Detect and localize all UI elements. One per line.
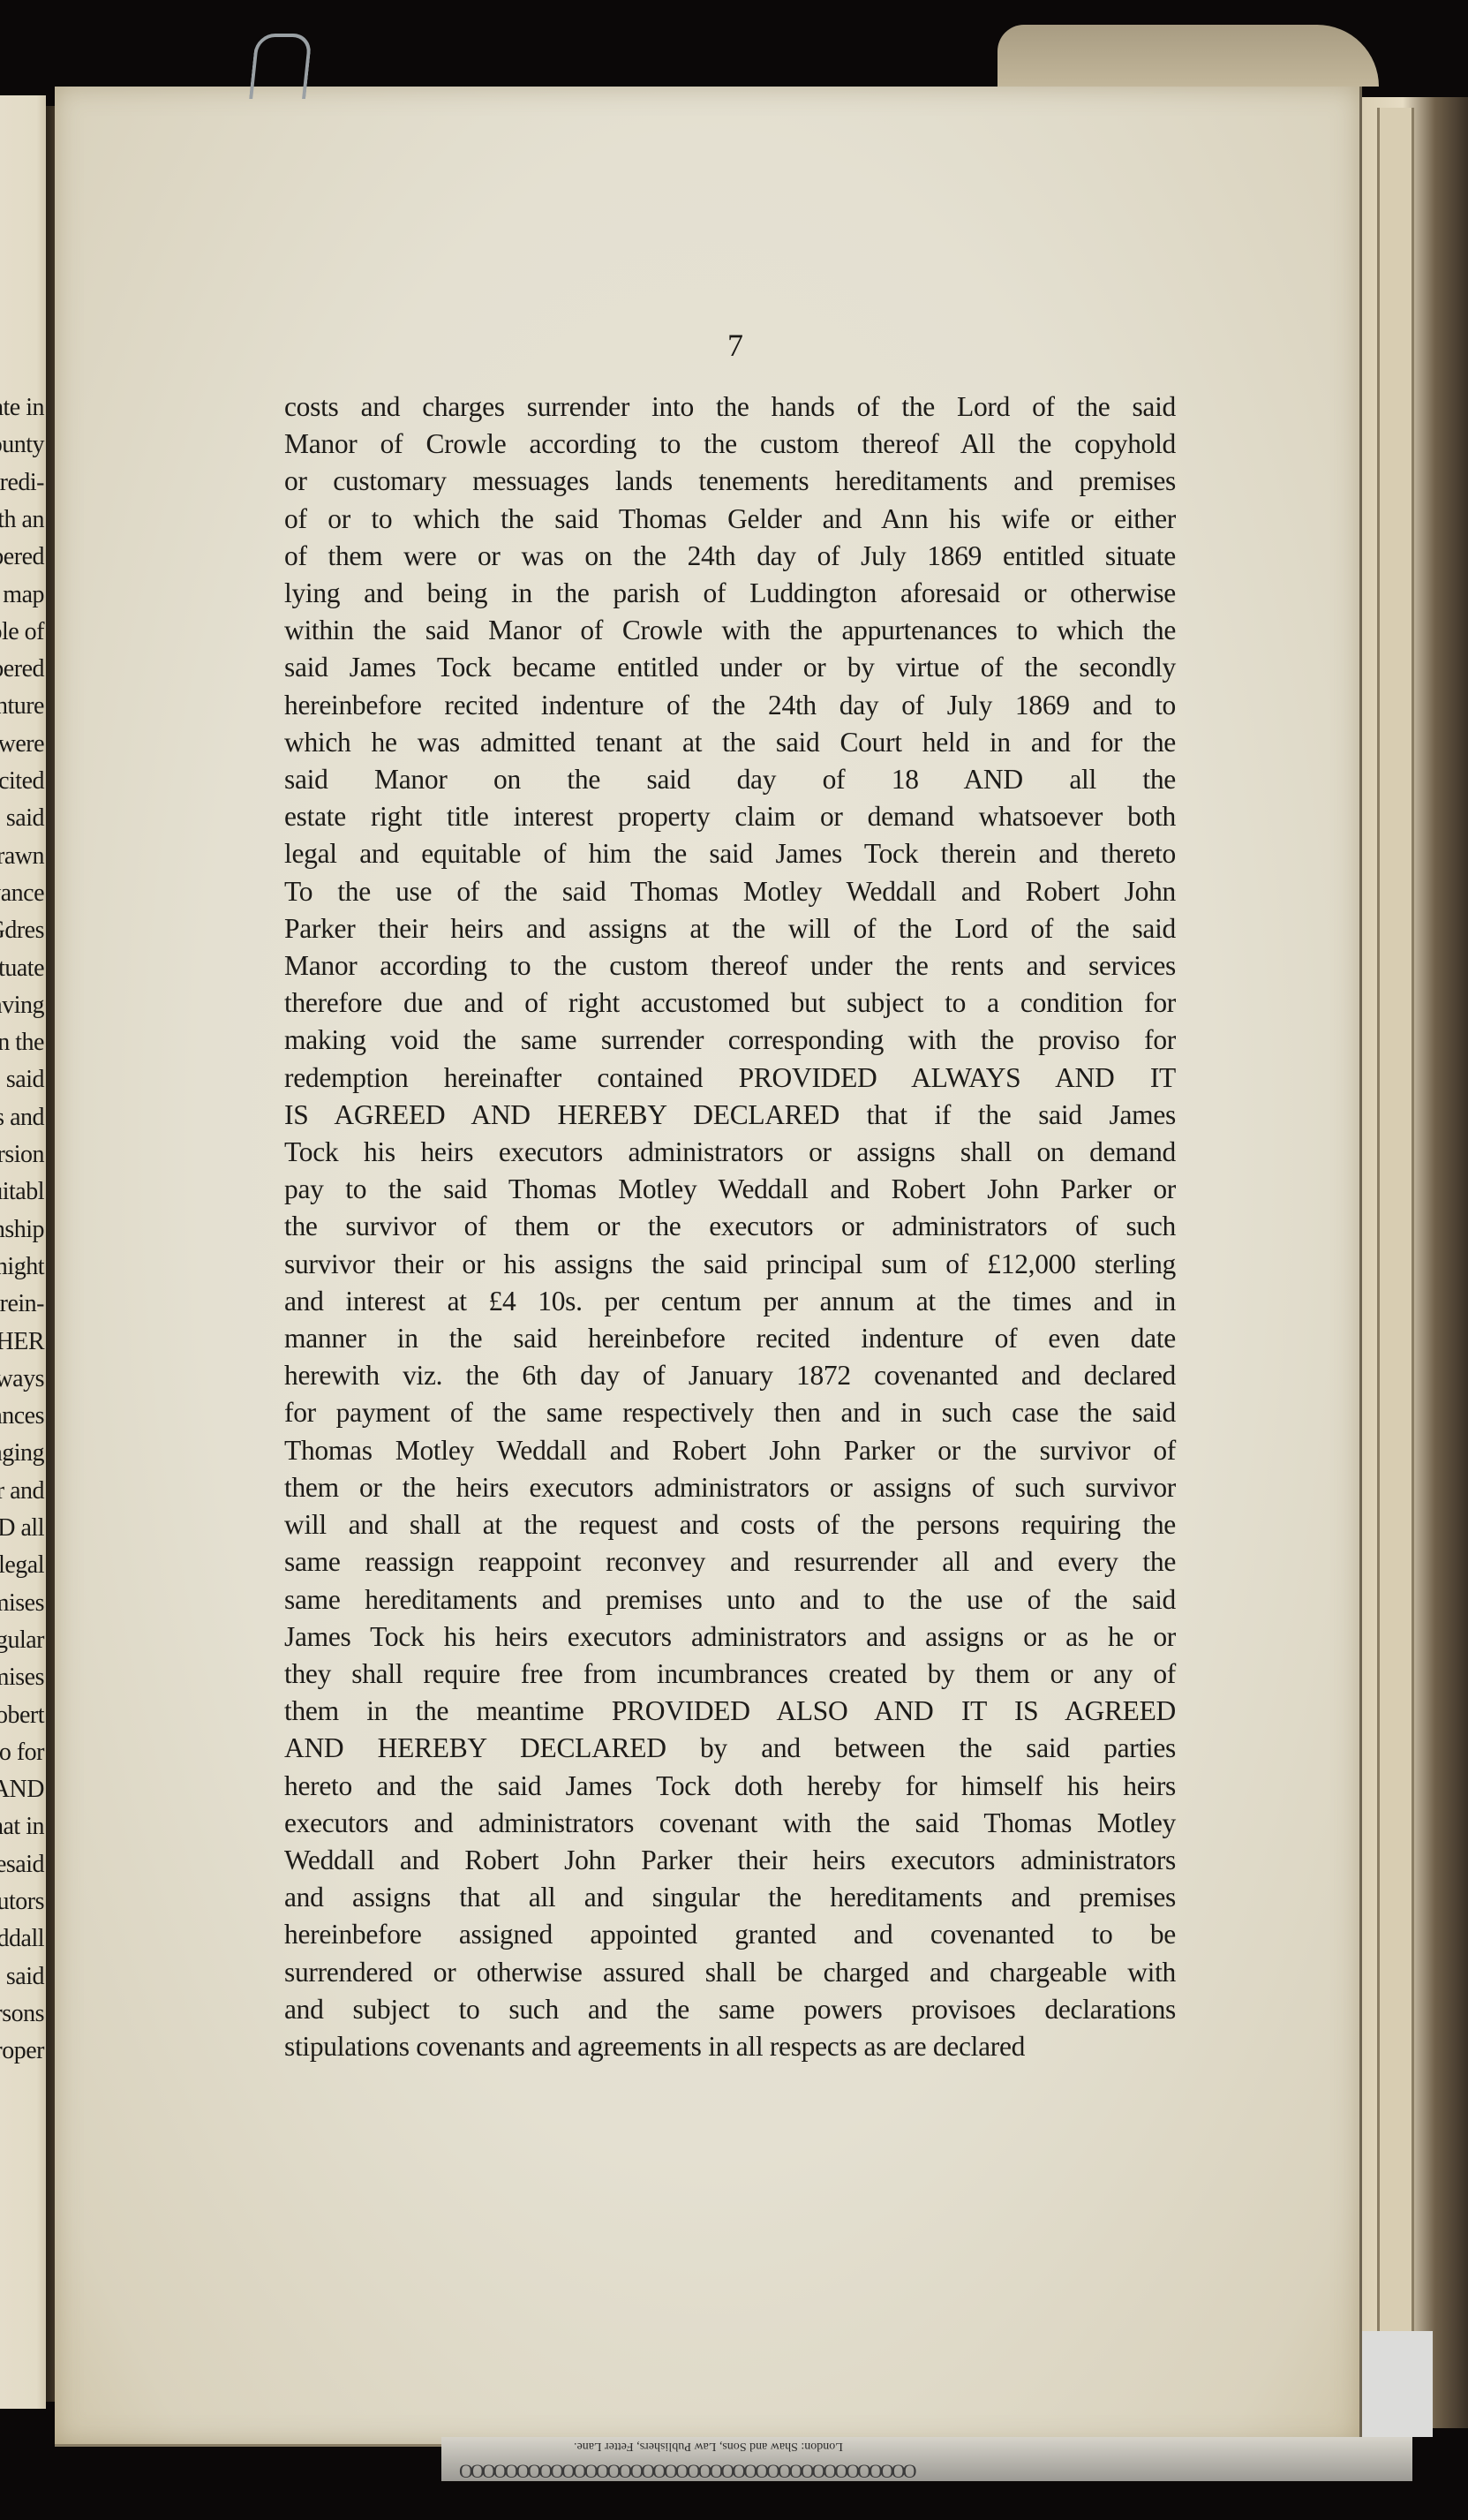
text-line: within the said Manor of Crowle with the… [284,612,1176,649]
text-line: estate right title interest property cla… [284,798,1176,835]
text-line: pay to the said Thomas Motley Weddall an… [284,1171,1176,1208]
left-page-text-fragment: heredi- [0,469,44,497]
text-line: To the use of the said Thomas Motley Wed… [284,873,1176,910]
left-page-text-fragment: remises [0,1664,44,1692]
text-line: survivor their or his assigns the said p… [284,1246,1176,1283]
text-line: James Tock his heirs executors administr… [284,1618,1176,1656]
left-page-text-fragment: uitabl [0,1178,44,1206]
left-page-text-fragment: ith an [0,506,44,534]
text-line: hereinbefore assigned appointed granted … [284,1916,1176,1953]
text-line: them in the meantime PROVIDED ALSO AND I… [284,1693,1176,1730]
left-page-text-fragment: er and [0,1477,44,1505]
left-page-text-fragment: hat in [0,1813,44,1841]
text-line: hereinbefore recited indenture of the 24… [284,687,1176,724]
left-page-text-fragment: version [0,1141,44,1169]
left-page-text-fragment: ne said [0,804,44,833]
printer-imprint: London: Shaw and Sons, Law Publishers, F… [574,2439,843,2453]
text-line: executors and administrators covenant wi… [284,1805,1176,1842]
text-line: will and shall at the request and costs … [284,1506,1176,1543]
left-page-text-fragment: n legal [0,1551,44,1580]
text-line: the survivor of them or the executors or… [284,1208,1176,1245]
left-page-text-fragment: e map [0,581,44,609]
page-stack-edge [1377,108,1414,2368]
left-page-text-fragment: hole of [0,618,44,646]
left-page-text-fragment: on the [0,1029,44,1057]
left-page-text-fragment: oresaid [0,1851,44,1879]
text-line: hereto and the said James Tock doth here… [284,1768,1176,1805]
left-page-text-fragment: ts and [0,1104,44,1132]
document-body: costs and charges surrender into the han… [284,389,1176,2065]
left-page-text-fragment: AND [0,1776,44,1804]
text-line: which he was admitted tenant at the said… [284,724,1176,761]
text-line: same reassign reappoint reconvey and res… [284,1543,1176,1581]
text-line: Parker their heirs and assigns at the wi… [284,910,1176,947]
text-line: stipulations covenants and agreements in… [284,2028,1176,2065]
left-page-text-fragment: ingular [0,1626,44,1655]
left-page-text-fragment: proper [0,2037,44,2065]
text-line: surrendered or otherwise assured shall b… [284,1954,1176,1991]
left-page-text-fragment: ND all [0,1514,44,1543]
text-line: Thomas Motley Weddall and Robert John Pa… [284,1432,1176,1469]
left-page-fragment: uate incountyheredi-ith anmberede maphol… [0,95,46,2409]
text-line: costs and charges surrender into the han… [284,389,1176,426]
left-page-text-fragment: situate [0,954,44,983]
paperclip-icon [249,34,312,99]
bottom-printed-strip: London: Shaw and Sons, Law Publishers, F… [441,2437,1412,2481]
text-line: Weddall and Robert John Parker their hei… [284,1842,1176,1879]
left-page-text-fragment: so for [0,1739,44,1767]
text-line: herewith viz. the 6th day of January 187… [284,1357,1176,1394]
left-page-text-fragment: eyance [0,879,44,908]
left-page-text-fragment: mbered [0,655,44,683]
left-page-text-fragment: county [0,431,44,459]
text-line: making void the same surrender correspon… [284,1022,1176,1059]
text-line: legal and equitable of him the said Jame… [284,835,1176,872]
page-number: 7 [727,327,743,364]
left-page-text-fragment: Robert [0,1701,44,1730]
text-line: said Manor on the said day of 18 AND all… [284,761,1176,798]
text-line: them or the heirs executors administrato… [284,1469,1176,1506]
text-line: Tock his heirs executors administrators … [284,1134,1176,1171]
text-line: IS AGREED AND HEREBY DECLARED that if th… [284,1097,1176,1134]
decorative-border: OOOOOOOOOOOOOOOOOOOOOOOOOOOOOOOOOOOOOOOO [459,2460,915,2481]
text-line: Manor of Crowle according to the custom … [284,426,1176,463]
text-line: Manor according to the custom thereof un… [284,947,1176,985]
left-page-text-fragment: ecutors [0,1888,44,1916]
left-page-text-fragment: persons [0,2000,44,2028]
left-page-text-fragment: ed were [0,730,44,758]
left-page-text-fragment: THER [0,1328,44,1356]
text-line: same hereditaments and premises unto and… [284,1581,1176,1618]
left-page-text-fragment: might [0,1253,44,1281]
text-line: redemption hereinafter contained PROVIDE… [284,1060,1176,1097]
text-line: they shall require free from incumbrance… [284,1656,1176,1693]
left-page-text-fragment: ne said [0,1066,44,1094]
left-page-text-fragment: remises [0,1589,44,1618]
left-page-text-fragment: having [0,992,44,1020]
text-line: said James Tock became entitled under or… [284,649,1176,686]
left-page-text-fragment: enances [0,1402,44,1430]
text-line: and subject to such and the same powers … [284,1991,1176,2028]
text-line: manner in the said hereinbefore recited … [284,1320,1176,1357]
text-line: of or to which the said Thomas Gelder an… [284,501,1176,538]
left-page-text-fragment: e Gdres [0,917,44,945]
left-page-text-fragment: ne said [0,1963,44,1991]
text-line: and interest at £4 10s. per centum per a… [284,1283,1176,1320]
left-page-text-fragment: wnship [0,1216,44,1244]
text-line: lying and being in the parish of Ludding… [284,575,1176,612]
paper-tab [1362,2331,1433,2437]
left-page-text-fragment: uate in [0,394,44,422]
text-line: therefore due and of right accustomed bu… [284,985,1176,1022]
back-sheet-edge [997,25,1379,87]
left-page-text-fragment: Veddall [0,1925,44,1953]
left-page-text-fragment: mbered [0,543,44,571]
left-page-text-fragment: lenture [0,692,44,721]
left-page-text-fragment: s ways [0,1365,44,1393]
left-page-text-fragment: recited [0,767,44,796]
text-line: and assigns that all and singular the he… [284,1879,1176,1916]
text-line: for payment of the same respectively the… [284,1394,1176,1431]
text-line: AND HEREBY DECLARED by and between the s… [284,1730,1176,1767]
left-page-text-fragment: onging [0,1439,44,1467]
text-line: of them were or was on the 24th day of J… [284,538,1176,575]
text-line: or customary messuages lands tenements h… [284,463,1176,500]
left-page-text-fragment: drawn [0,842,44,871]
left-page-text-fragment: herein- [0,1290,44,1318]
